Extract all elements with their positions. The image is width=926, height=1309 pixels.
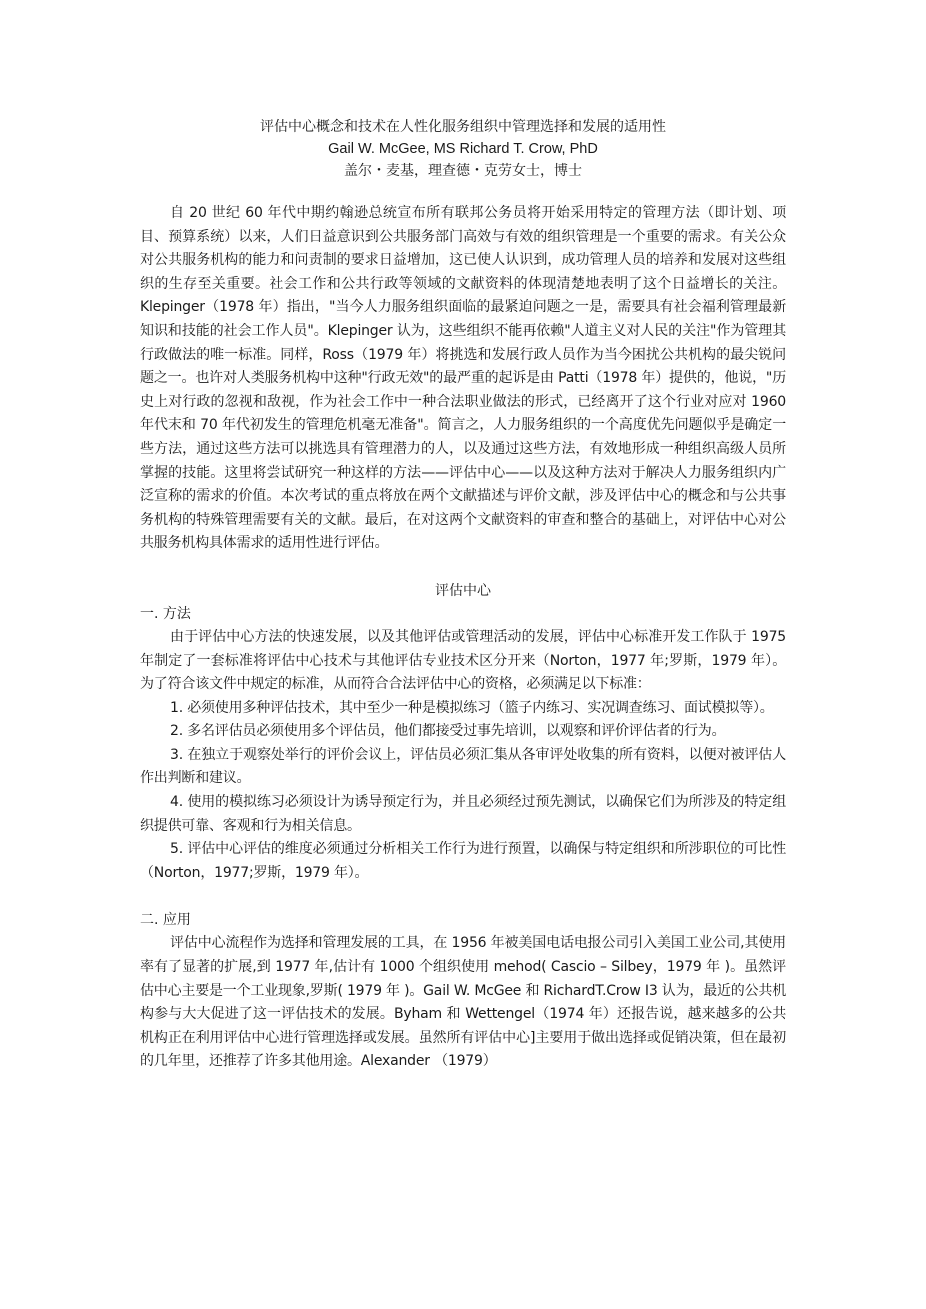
section-1-paragraph: 由于评估中心方法的快速发展，以及其他评估或管理活动的发展，评估中心标准开发工作队… [140,626,786,697]
authors-english: Gail W. McGee, MS Richard T. Crow, PhD [140,138,786,160]
authors-chinese: 盖尔・麦基，理查德・克劳女士，博士 [140,160,786,182]
criteria-item-2: 2. 多名评估员必须使用多个评估员，他们都接受过事先培训，以观察和评价评估者的行… [140,720,786,744]
criteria-item-4: 4. 使用的模拟练习必须设计为诱导预定行为，并且必须经过预先测试，以确保它们为所… [140,791,786,838]
criteria-item-3: 3. 在独立于观察处举行的评价会议上，评估员必须汇集从各审评处收集的所有资料，以… [140,744,786,791]
criteria-item-5: 5. 评估中心评估的维度必须通过分析相关工作行为进行预置，以确保与特定组织和所涉… [140,838,786,885]
criteria-item-1: 1. 必须使用多种评估技术，其中至少一种是模拟练习（篮子内练习、实况调查练习、面… [140,697,786,721]
section-2-heading: 二. 应用 [140,909,786,932]
section-1-heading: 一. 方法 [140,603,786,626]
document-page: 评估中心概念和技术在人性化服务组织中管理选择和发展的适用性 Gail W. Mc… [140,116,786,1074]
section-2-paragraph: 评估中心流程作为选择和管理发展的工具，在 1956 年被美国电话电报公司引入美国… [140,932,786,1074]
intro-paragraph: 自 20 世纪 60 年代中期约翰逊总统宣布所有联邦公务员将开始采用特定的管理方… [140,202,786,556]
section-title: 评估中心 [140,580,786,603]
document-title: 评估中心概念和技术在人性化服务组织中管理选择和发展的适用性 [140,116,786,138]
